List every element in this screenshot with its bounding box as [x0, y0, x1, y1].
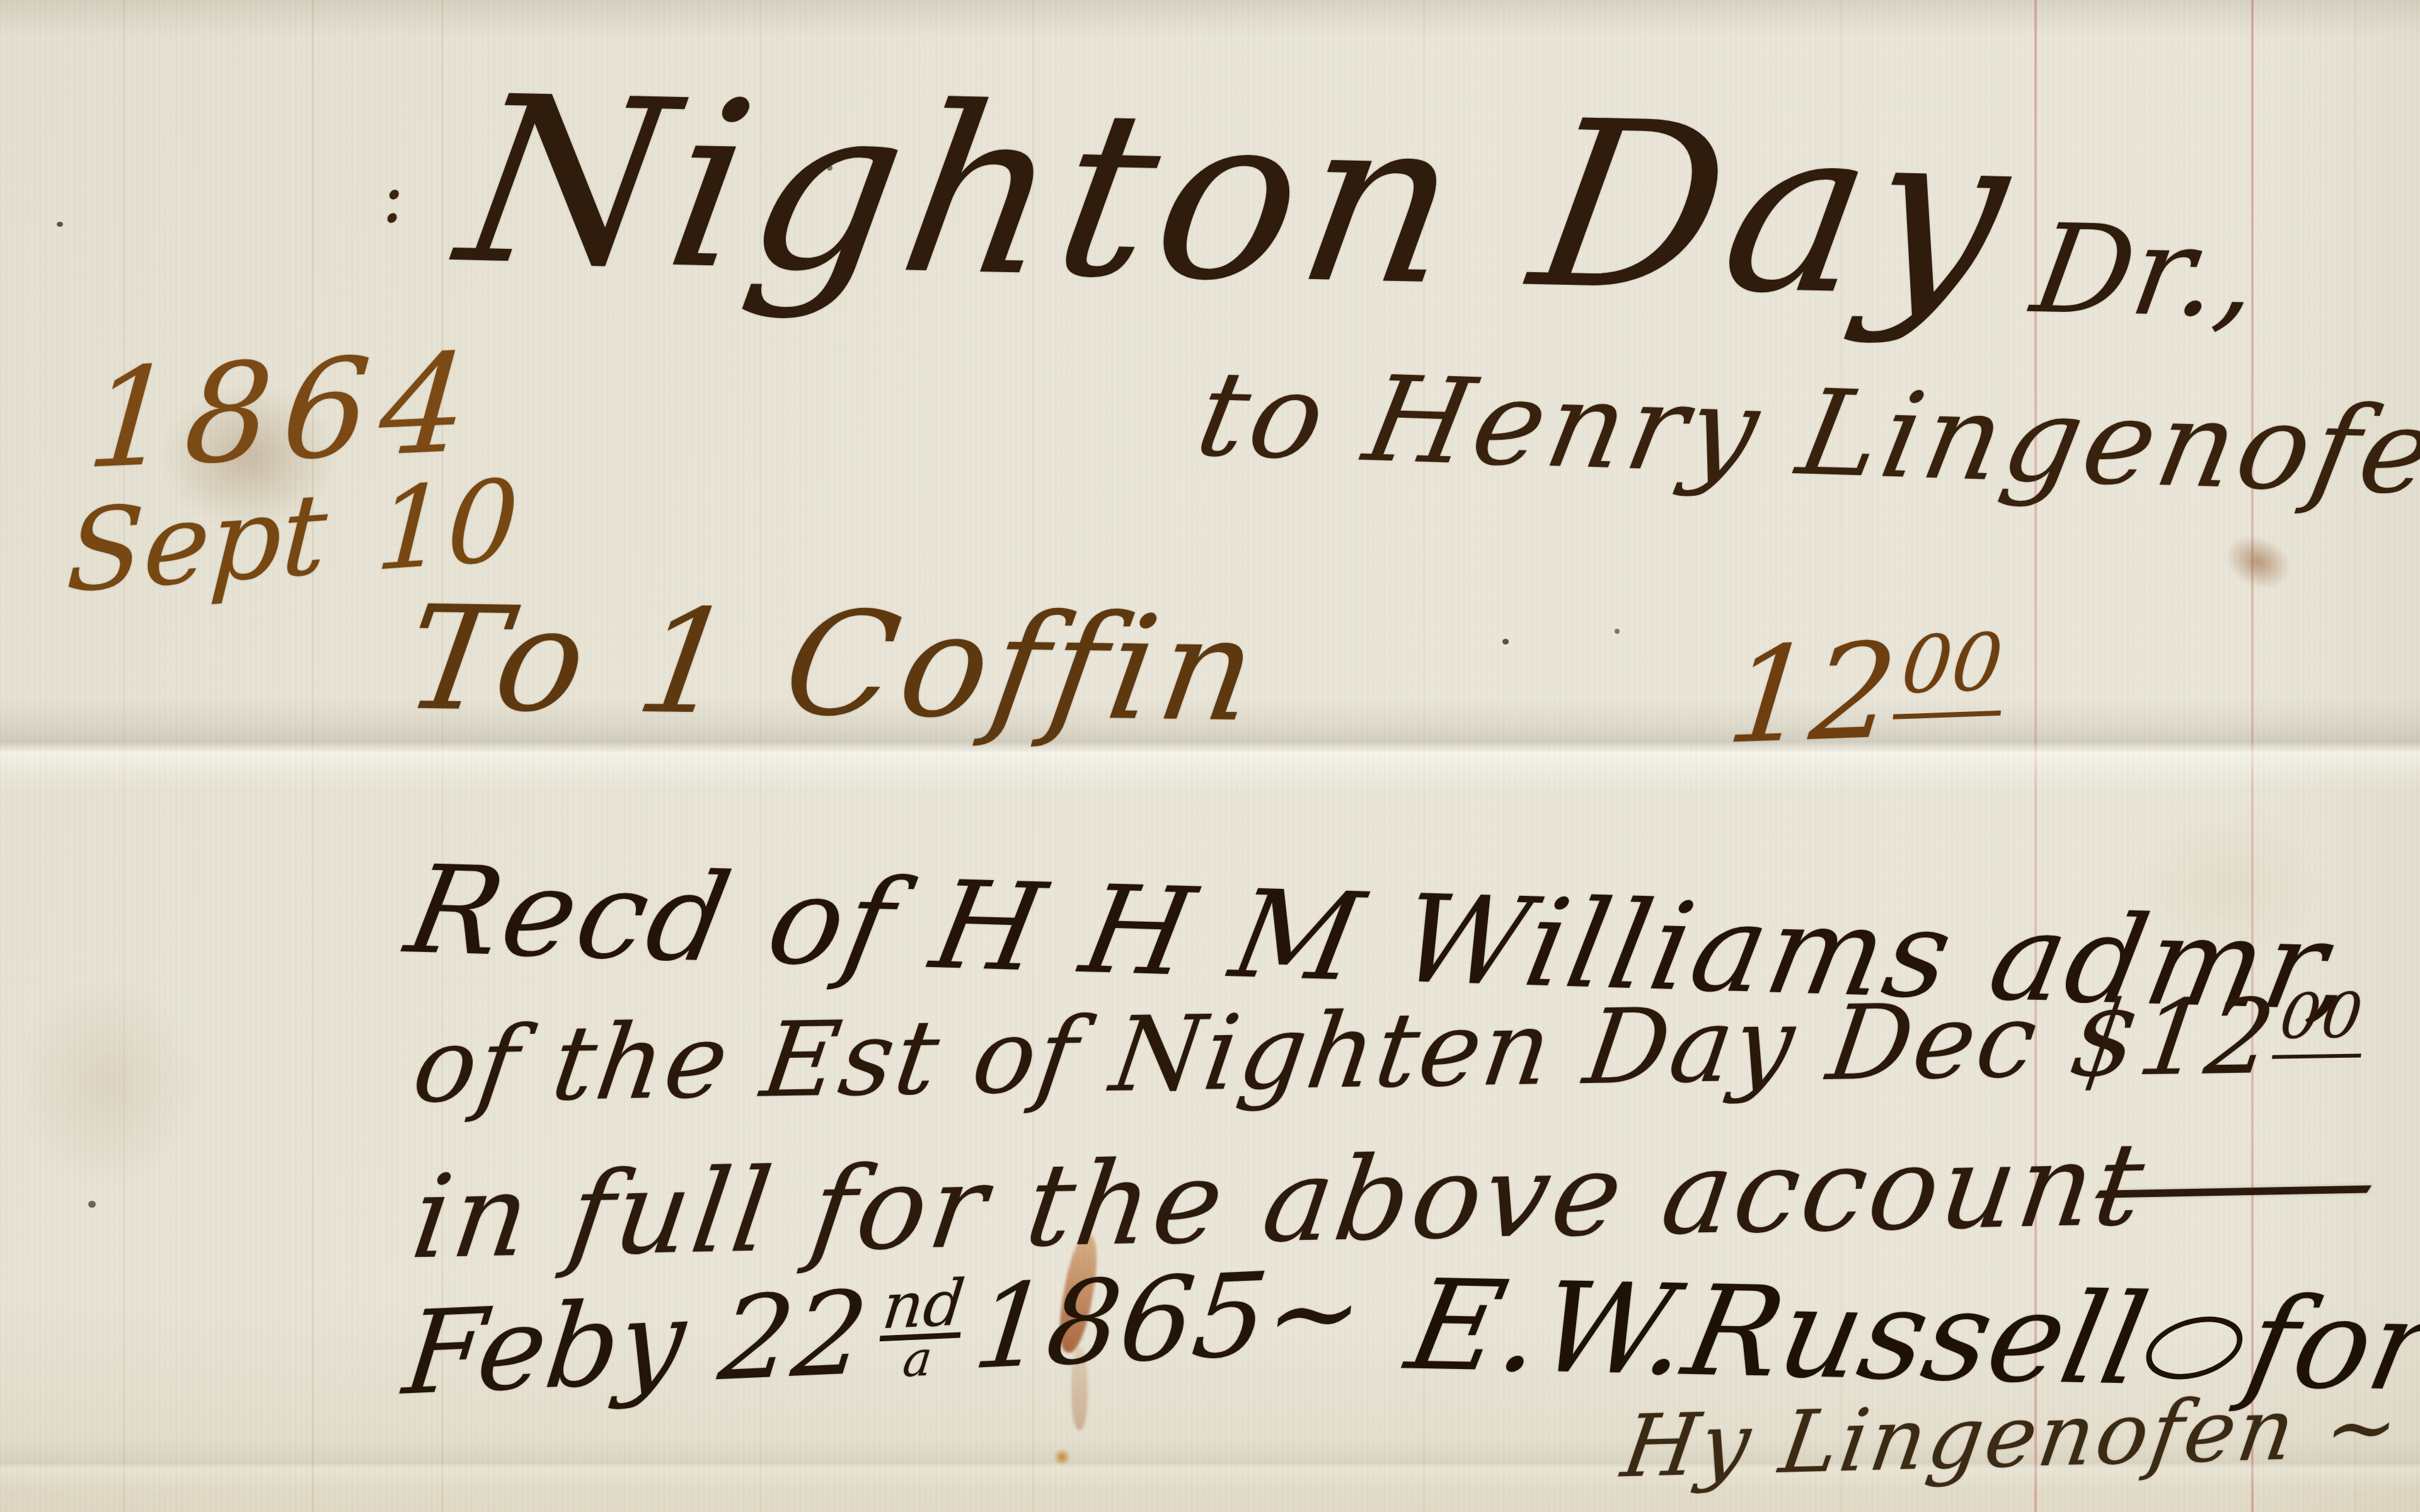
ink-speck — [88, 1201, 96, 1208]
receipt-line-2-text: of the Est of Nighten Day Dec $ — [406, 978, 2148, 1126]
entry-amount: 1200 — [1720, 611, 2011, 774]
rust-spot — [2216, 525, 2300, 600]
ink-speck — [1502, 639, 1509, 644]
entry-amount-dollars: 12 — [1720, 615, 1903, 774]
paper-stain — [19, 983, 195, 1184]
receipt-date-ordinal: nda — [875, 1276, 967, 1383]
ink-speck — [57, 222, 63, 227]
document-title: Nighton Day Dr., — [447, 66, 2285, 336]
paper-sheet: : Nighton Day Dr., to Henry Lingenofen 1… — [0, 0, 2420, 1512]
creditor-line: to Henry Lingenofen — [1187, 345, 2420, 524]
rust-spot — [1054, 1449, 1070, 1465]
receipt-amount-cents: 00 — [2272, 980, 2372, 1058]
receipt-date-year: 1865~ — [967, 1243, 1370, 1395]
entry-description: To 1 Coffin — [395, 575, 1272, 753]
title-flourish-mark: : — [376, 154, 409, 240]
ordinal-subscript: a — [901, 1339, 934, 1381]
receipt-line-2: of the Est of Nighten Day Dec $1200 — [406, 975, 2373, 1126]
debtor-name: Nighton Day — [447, 66, 2028, 330]
receipt-date-month-day: Feby 22 — [398, 1266, 874, 1421]
debtor-abbreviation: Dr., — [2025, 207, 2267, 335]
entry-amount-cents: 00 — [1893, 616, 2011, 719]
signature-flourish-loop — [2141, 1303, 2247, 1392]
countersignature: Hy Lingenofen ~ — [1616, 1377, 2407, 1498]
account-trailing-stroke: — — [2077, 1113, 2402, 1252]
receipt-amount-dollars: 12 — [2131, 976, 2283, 1099]
ruled-line — [312, 0, 314, 1512]
ink-speck — [1615, 629, 1620, 634]
ruled-line — [123, 0, 125, 1512]
